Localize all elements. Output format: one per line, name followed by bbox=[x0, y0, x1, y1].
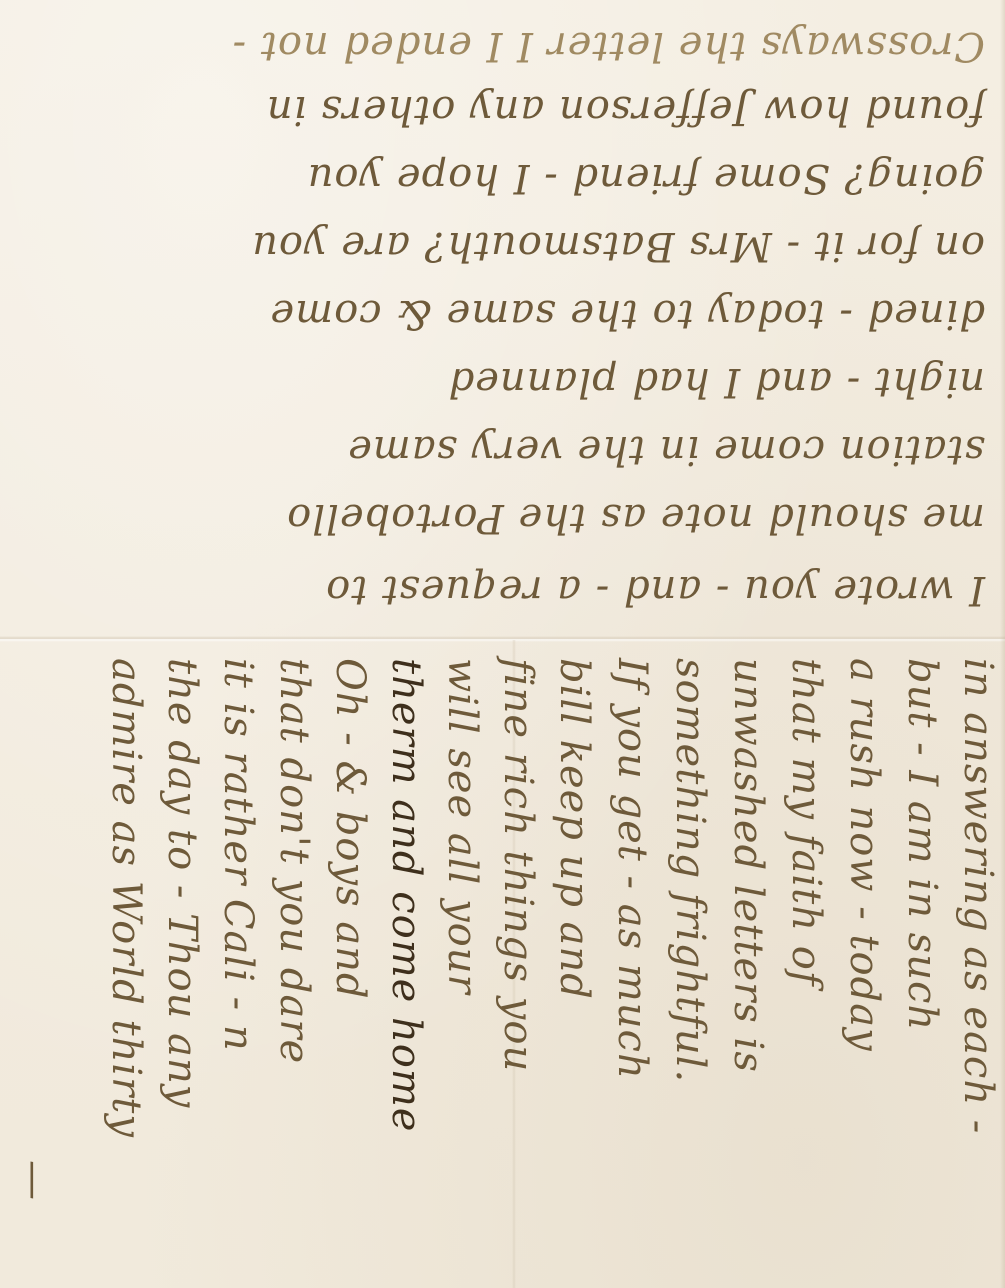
handwritten-line: unwashed letters is bbox=[722, 640, 774, 1288]
letter-top-section: I wrote you - and - a request to me shou… bbox=[0, 0, 1005, 636]
handwritten-line: Oh - & boys and bbox=[324, 640, 376, 1288]
handwritten-line: something frightful. bbox=[664, 640, 716, 1288]
handwritten-line: dined - today to the same & come bbox=[270, 284, 986, 344]
signature-dash: — bbox=[8, 640, 60, 1288]
handwritten-line: night - and I had planned bbox=[448, 352, 985, 412]
handwritten-line: in answering as each - bbox=[952, 640, 1004, 1288]
handwritten-line: that my faith of bbox=[780, 640, 832, 1288]
handwritten-line: going? Some friend - I hope you bbox=[307, 148, 985, 208]
handwritten-line: Crossways the letter I I ended not - bbox=[232, 16, 985, 76]
handwritten-line: bill keep up and bbox=[548, 640, 600, 1288]
handwritten-line: that don't you dare bbox=[268, 640, 320, 1288]
handwritten-line: admire as World thirty bbox=[100, 640, 152, 1288]
handwritten-line: therm and come home bbox=[380, 640, 432, 1288]
handwritten-line: a rush now - today bbox=[838, 640, 890, 1288]
handwritten-line: found how Jefferson any others in bbox=[266, 80, 985, 140]
handwritten-line: will see all your bbox=[436, 640, 488, 1288]
handwritten-line: on for it - Mrs Batsmouth? are you bbox=[251, 216, 985, 276]
handwritten-line: fine rich things you bbox=[492, 640, 544, 1288]
handwritten-line: station come in the very same bbox=[347, 420, 985, 480]
handwritten-line: it is rather Cali - n bbox=[212, 640, 264, 1288]
handwritten-line: If you get - as much bbox=[606, 640, 658, 1288]
handwritten-line: me should note as the Portobello bbox=[286, 488, 985, 548]
handwritten-line: but - I am in such bbox=[896, 640, 948, 1288]
letter-bottom-section: in answering as each - but - I am in suc… bbox=[0, 640, 1005, 1288]
handwritten-line: the day to - Thou any bbox=[156, 640, 208, 1288]
handwritten-line: I wrote you - and - a request to bbox=[325, 560, 985, 620]
